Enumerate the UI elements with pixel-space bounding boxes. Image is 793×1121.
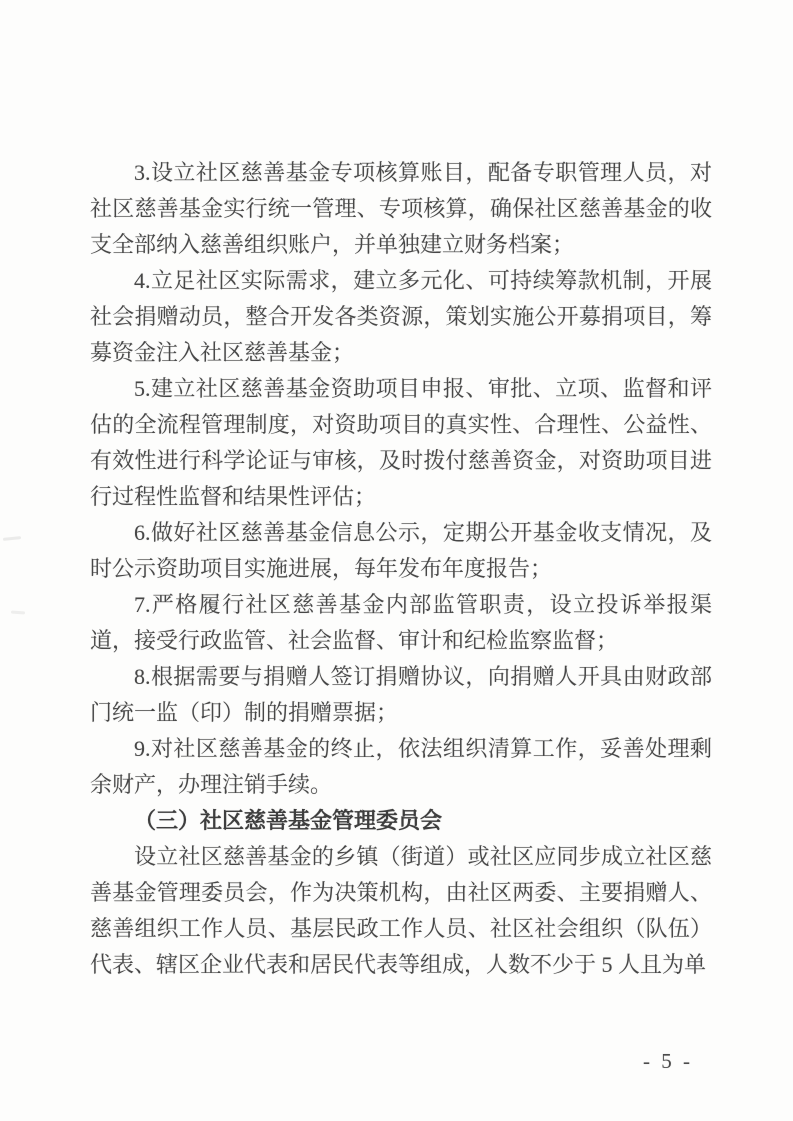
page-number: - 5 - <box>643 1049 693 1074</box>
paragraph-item-7: 7.严格履行社区慈善基金内部监管职责，设立投诉举报渠道，接受行政监管、社会监督、… <box>90 587 712 659</box>
paragraph-item-5: 5.建立社区慈善基金资助项目申报、审批、立项、监督和评估的全流程管理制度，对资助… <box>90 371 712 515</box>
paragraph-item-3: 3.设立社区慈善基金专项核算账目，配备专职管理人员，对社区慈善基金实行统一管理、… <box>90 155 712 263</box>
paragraph-item-6: 6.做好社区慈善基金信息公示，定期公开基金收支情况，及时公示资助项目实施进展，每… <box>90 515 712 587</box>
paragraph-item-9: 9.对社区慈善基金的终止，依法组织清算工作，妥善处理剩余财产，办理注销手续。 <box>90 731 712 803</box>
scan-artifact <box>11 611 25 615</box>
section-heading: （三）社区慈善基金管理委员会 <box>90 803 712 839</box>
scanned-document-page: 3.设立社区慈善基金专项核算账目，配备专职管理人员，对社区慈善基金实行统一管理、… <box>0 0 793 1121</box>
paragraph-item-8: 8.根据需要与捐赠人签订捐赠协议，向捐赠人开具由财政部门统一监（印）制的捐赠票据… <box>90 659 712 731</box>
scan-artifact <box>3 536 21 541</box>
paragraph-body: 设立社区慈善基金的乡镇（街道）或社区应同步成立社区慈善基金管理委员会，作为决策机… <box>90 839 712 983</box>
document-text-block: 3.设立社区慈善基金专项核算账目，配备专职管理人员，对社区慈善基金实行统一管理、… <box>90 155 712 983</box>
paragraph-item-4: 4.立足社区实际需求，建立多元化、可持续筹款机制，开展社会捐赠动员，整合开发各类… <box>90 263 712 371</box>
